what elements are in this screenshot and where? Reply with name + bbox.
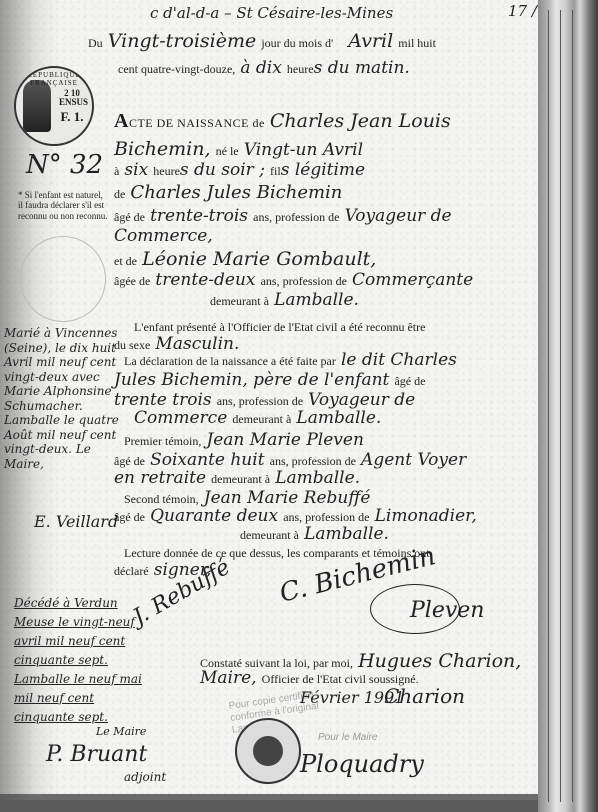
- margin-death-maire: Le Maire: [96, 725, 146, 738]
- top-annotation: c d'al-d-a – St Césaire-les-Mines: [150, 4, 393, 22]
- act-number: N° 32: [26, 150, 103, 180]
- mother-line: et de Léonie Marie Gombault,: [114, 248, 488, 270]
- first-witness-residence-line: en retraite demeurant à Lamballe.: [114, 468, 488, 488]
- faint-seal: [20, 236, 106, 322]
- margin-marriage-note: Marié à Vincennes (Seine), le dix huit A…: [4, 326, 124, 471]
- second-witness-line: Second témoin, Jean Marie Rebuffé: [124, 488, 488, 508]
- fiscal-stamp: RÉPUBLIQUE FRANÇAISE 2 10 ENSUS F. 1.: [14, 66, 94, 146]
- father-name: Charles Jules Bichemin: [130, 182, 342, 203]
- header-line-1: Du Vingt-troisième jour du mois d' Avril…: [88, 30, 488, 52]
- child-given-names: Charles Jean Louis: [270, 110, 451, 132]
- birth-date: Vingt-un Avril: [244, 140, 363, 160]
- first-witness-name: Jean Marie Pleven: [206, 430, 363, 450]
- register-binding: [538, 0, 598, 812]
- birth-record-month: Avril: [348, 30, 393, 52]
- second-witness-age-line: âgé de Quarante deux ans, profession de …: [114, 506, 488, 526]
- register-page: c d'al-d-a – St Césaire-les-Mines 17 / 2…: [0, 0, 548, 800]
- mairie-seal: [235, 718, 301, 784]
- signature-left-mayor: P. Bruant: [46, 742, 147, 767]
- child-presented-line: L'enfant présenté à l'Officier de l'Etat…: [134, 316, 488, 335]
- margin-death-note: Décédé à Verdun Meuse le vingt-neuf avri…: [14, 594, 144, 727]
- marianne-figure-icon: [23, 80, 51, 132]
- first-witness-line: Premier témoin, Jean Marie Pleven: [124, 430, 488, 450]
- signature-flourish: [370, 584, 460, 634]
- birth-record-day: Vingt-troisième: [108, 30, 256, 52]
- declarant-line: Jules Bichemin, père de l'enfant âgé de: [114, 370, 488, 390]
- header-line-2: cent quatre-vingt-douze, à dix heures du…: [118, 58, 488, 78]
- father-profession-line: Commerce,: [114, 226, 488, 246]
- second-witness-name: Jean Marie Rebuffé: [204, 488, 371, 508]
- birth-hour-line: à six heures du soir ; fils légitime: [114, 160, 488, 180]
- child-surname: Bichemin,: [114, 138, 211, 160]
- declaration-line: La déclaration de la naissance a été fai…: [124, 350, 488, 370]
- father-line: de Charles Jules Bichemin: [114, 182, 488, 203]
- margin-adjoint: adjoint: [124, 770, 166, 784]
- coat-of-arms-icon: [253, 736, 283, 766]
- first-witness-age-line: âgé de Soixante huit ans, profession de …: [114, 450, 488, 470]
- second-witness-residence-line: demeurant à Lamballe.: [240, 524, 488, 544]
- mother-age-line: âgée de trente-deux ans, profession de C…: [114, 270, 488, 290]
- signature-certifier: Ploquadry: [300, 750, 424, 778]
- acte-title-line: ACTE DE NAISSANCE de Charles Jean Louis: [114, 110, 488, 133]
- father-age-line: âgé de trente-trois ans, profession de V…: [114, 206, 488, 226]
- footnote: * Si l'enfant est naturel, il faudra déc…: [18, 190, 108, 221]
- declarant-residence-line: Commerce demeurant à Lamballe.: [134, 408, 488, 428]
- certification-signatory: Charion: [384, 684, 465, 708]
- residence-line: demeurant à Lamballe.: [210, 290, 488, 310]
- mother-name: Léonie Marie Gombault,: [142, 248, 376, 270]
- margin-marriage-signature: E. Veillard: [34, 512, 118, 531]
- child-surname-line: Bichemin, né le Vingt-un Avril: [114, 138, 488, 160]
- declarant-age-line: trente trois ans, profession de Voyageur…: [114, 390, 488, 410]
- pour-le-maire: Pour le Maire: [318, 732, 377, 743]
